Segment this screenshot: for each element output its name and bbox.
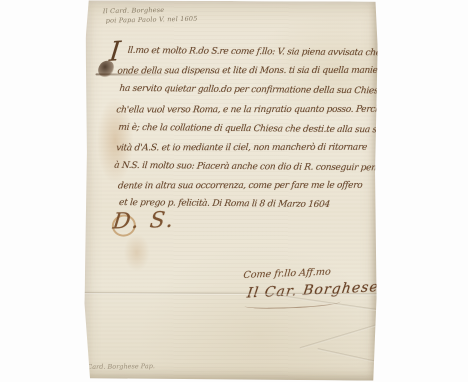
letter-line: dente in altra sua occorrenza, come per … (118, 181, 363, 192)
diagonal-crease (317, 348, 378, 369)
letter-initial: I (108, 38, 122, 66)
letter-line: ll.mo et molto R.do S.re come f.llo: V. … (127, 46, 378, 59)
valediction: D. S. (112, 210, 177, 234)
letter-sheet: Il Card. Borghese poi Papa Paolo V. nel … (84, 0, 378, 380)
diagonal-crease (299, 316, 377, 350)
letter-line: onde della sua dispensa et lite di Mons.… (117, 66, 378, 77)
archival-note-line-2: poi Papa Paolo V. nel 1605 (106, 15, 198, 25)
catalog-note: Card. Borghese Pap. (87, 362, 155, 371)
letter-line: vità d'A.S. et io mediante il ciel, non … (116, 143, 368, 154)
letter-line: ha servito quietar gallo.do per confirma… (119, 84, 378, 97)
archival-note-line-1: Il Card. Borghese (103, 6, 165, 15)
letter-line: ch'ella vuol verso Roma, e ne la ringrat… (116, 105, 378, 116)
scanned-letter-photo: Il Card. Borghese poi Papa Paolo V. nel … (0, 0, 468, 382)
letter-line: à N.S. il molto suo: Piacerà anche con d… (114, 161, 378, 174)
letter-line: mi è; che la collatione di quella Chiesa… (118, 123, 378, 136)
signature-courtesy-line: Come fr.llo Aff.mo (243, 267, 331, 281)
signature-flourish (244, 298, 340, 310)
